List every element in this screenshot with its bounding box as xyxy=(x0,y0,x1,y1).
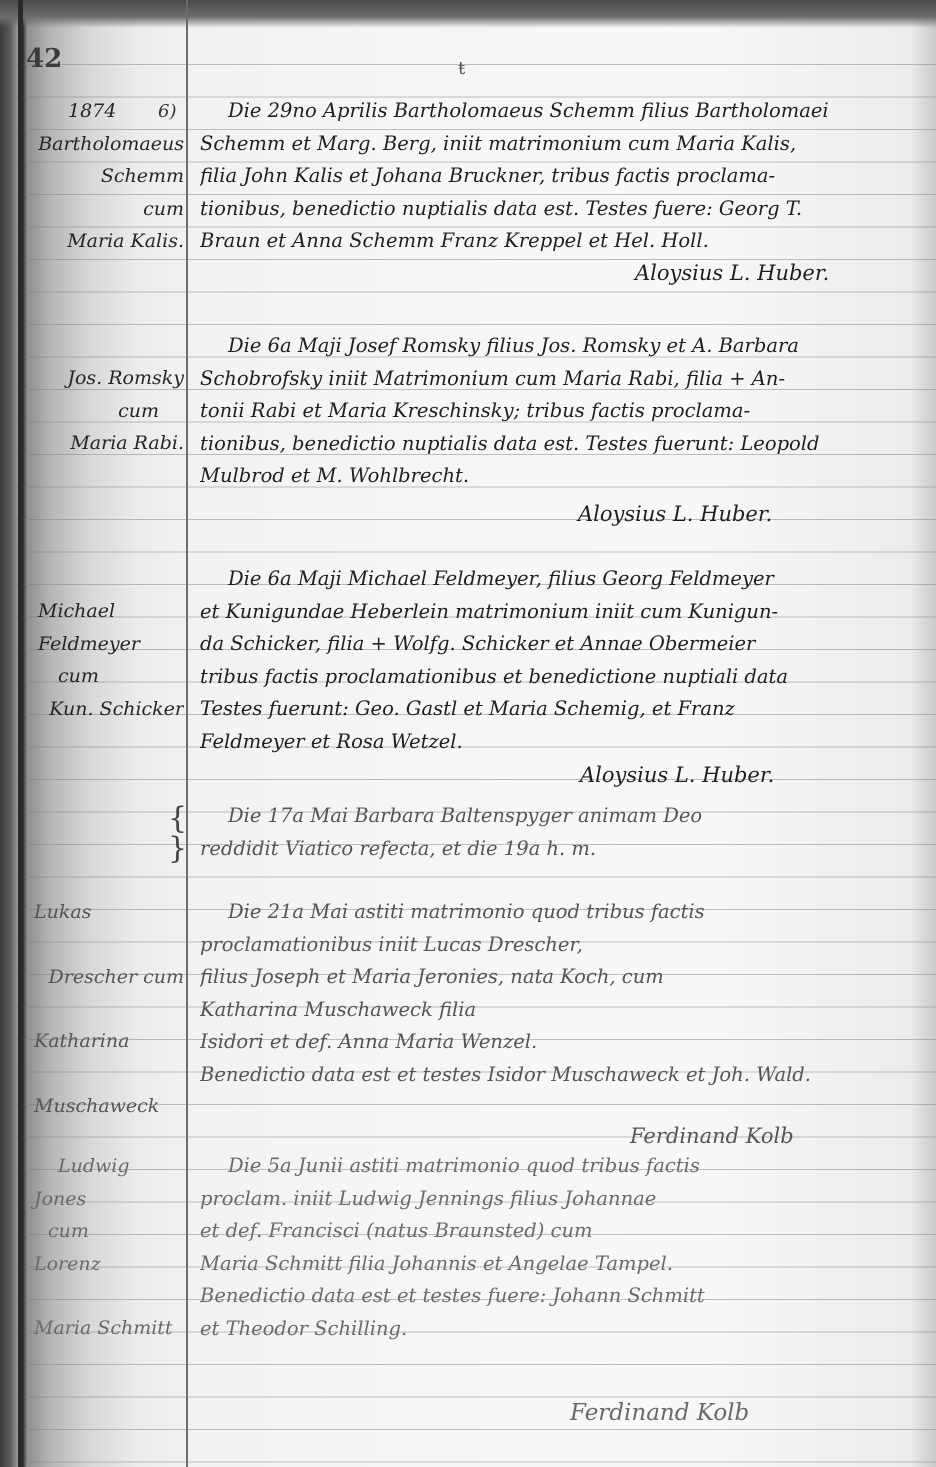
margin-name: Jos. Romsky xyxy=(28,362,184,395)
margin-rule xyxy=(186,0,188,1467)
margin-name: Schemm xyxy=(28,160,184,193)
margin-name: Jones xyxy=(28,1183,184,1216)
entry-number: 6) xyxy=(158,101,176,122)
entry-line: Die 21a Mai astiti matrimonio quod tribu… xyxy=(200,896,920,929)
margin-name: Drescher cum xyxy=(28,961,184,994)
brace-mark: } xyxy=(168,834,187,864)
entry-line: Katharina Muschaweck filia xyxy=(200,994,920,1027)
page-top-mark: ŧ xyxy=(458,58,465,79)
margin-name: Maria Schmitt xyxy=(28,1312,184,1345)
entry-line: Braun et Anna Schemm Franz Kreppel et He… xyxy=(200,225,920,258)
entry-line: Die 6a Maji Josef Romsky filius Jos. Rom… xyxy=(200,330,920,363)
scan-top-shadow xyxy=(0,0,936,28)
margin-name: cum xyxy=(28,193,184,226)
entry-line: tribus factis proclamationibus et benedi… xyxy=(200,661,920,694)
entry-line: da Schicker, filia + Wolfg. Schicker et … xyxy=(200,628,920,661)
margin-name: Ludwig xyxy=(28,1150,184,1183)
entry-line: Die 17a Mai Barbara Baltenspyger animam … xyxy=(200,800,920,833)
margin-name: Lukas xyxy=(28,896,184,929)
entry-line: Feldmeyer et Rosa Wetzel. xyxy=(200,726,920,759)
entry-line: reddidit Viatico refecta, et die 19a h. … xyxy=(200,833,920,866)
entry-text: Die 29no Aprilis Bartholomaeus Schemm fi… xyxy=(200,95,920,258)
priest-signature: Aloysius L. Huber. xyxy=(578,502,772,526)
entry-line: et Kunigundae Heberlein matrimonium inii… xyxy=(200,596,920,629)
priest-signature: Aloysius L. Huber. xyxy=(580,763,774,787)
margin-names: Michael Feldmeyer cum Kun. Schicker xyxy=(28,595,184,725)
entry-line: Die 6a Maji Michael Feldmeyer, filius Ge… xyxy=(200,563,920,596)
margin-name: Feldmeyer xyxy=(28,628,184,661)
margin-name: Maria Kalis. xyxy=(28,225,184,258)
register-page: 42 ŧ 1874 Bartholomaeus Schemm cum Maria… xyxy=(0,0,936,1467)
entry-line: et Theodor Schilling. xyxy=(200,1313,920,1346)
entry-line: Schemm et Marg. Berg, iniit matrimonium … xyxy=(200,128,920,161)
entry-line: Mulbrod et M. Wohlbrecht. xyxy=(200,460,920,493)
page-number: 42 xyxy=(26,44,62,74)
margin-name: cum xyxy=(28,395,184,428)
entry-text: Die 21a Mai astiti matrimonio quod tribu… xyxy=(200,896,920,1091)
margin-name: Maria Rabi. xyxy=(28,427,184,460)
margin-name: Michael xyxy=(28,595,184,628)
margin-name: Muschaweck xyxy=(28,1090,184,1123)
entry-line: Isidori et def. Anna Maria Wenzel. xyxy=(200,1026,920,1059)
entry-text: Die 6a Maji Josef Romsky filius Jos. Rom… xyxy=(200,330,920,493)
entry-line: Maria Schmitt filia Johannis et Angelae … xyxy=(200,1248,920,1281)
priest-signature: Aloysius L. Huber. xyxy=(635,261,829,285)
entry-line: proclamationibus iniit Lucas Drescher, xyxy=(200,929,920,962)
entry-line: Die 29no Aprilis Bartholomaeus Schemm fi… xyxy=(200,95,920,128)
entry-text: Die 5a Junii astiti matrimonio quod trib… xyxy=(200,1150,920,1345)
margin-name: Bartholomaeus xyxy=(28,128,184,161)
entry-text: Die 17a Mai Barbara Baltenspyger animam … xyxy=(200,800,920,865)
binding-edge xyxy=(18,0,23,1467)
entry-line: Benedictio data est et testes fuere: Joh… xyxy=(200,1280,920,1313)
entry-line: et def. Francisci (natus Braunsted) cum xyxy=(200,1215,920,1248)
entry-line: Die 5a Junii astiti matrimonio quod trib… xyxy=(200,1150,920,1183)
entry-line: tonii Rabi et Maria Kreschinsky; tribus … xyxy=(200,395,920,428)
priest-signature: Ferdinand Kolb xyxy=(570,1400,749,1426)
margin-name: cum xyxy=(28,1215,184,1248)
entry-line: Benedictio data est et testes Isidor Mus… xyxy=(200,1059,920,1092)
margin-name: Katharina xyxy=(28,1025,184,1058)
margin-names: Jos. Romsky cum Maria Rabi. xyxy=(28,362,184,460)
entry-line: proclam. iniit Ludwig Jennings filius Jo… xyxy=(200,1183,920,1216)
margin-name: Kun. Schicker xyxy=(28,693,184,726)
entry-line: filia John Kalis et Johana Bruckner, tri… xyxy=(200,160,920,193)
entry-line: tionibus, benedictio nuptialis data est.… xyxy=(200,193,920,226)
entry-line: tionibus, benedictio nuptialis data est.… xyxy=(200,428,920,461)
entry-line: Testes fuerunt: Geo. Gastl et Maria Sche… xyxy=(200,693,920,726)
margin-names: Ludwig Jones cum Lorenz Maria Schmitt xyxy=(28,1150,184,1345)
margin-name: cum xyxy=(28,660,184,693)
priest-signature: Ferdinand Kolb xyxy=(630,1124,794,1148)
margin-name: Lorenz xyxy=(28,1248,184,1281)
entry-line: Schobrofsky iniit Matrimonium cum Maria … xyxy=(200,363,920,396)
brace-mark: { xyxy=(168,804,187,834)
entry-line: filius Joseph et Maria Jeronies, nata Ko… xyxy=(200,961,920,994)
entry-text: Die 6a Maji Michael Feldmeyer, filius Ge… xyxy=(200,563,920,758)
margin-names: Lukas Drescher cum Katharina Muschaweck xyxy=(28,896,184,1122)
